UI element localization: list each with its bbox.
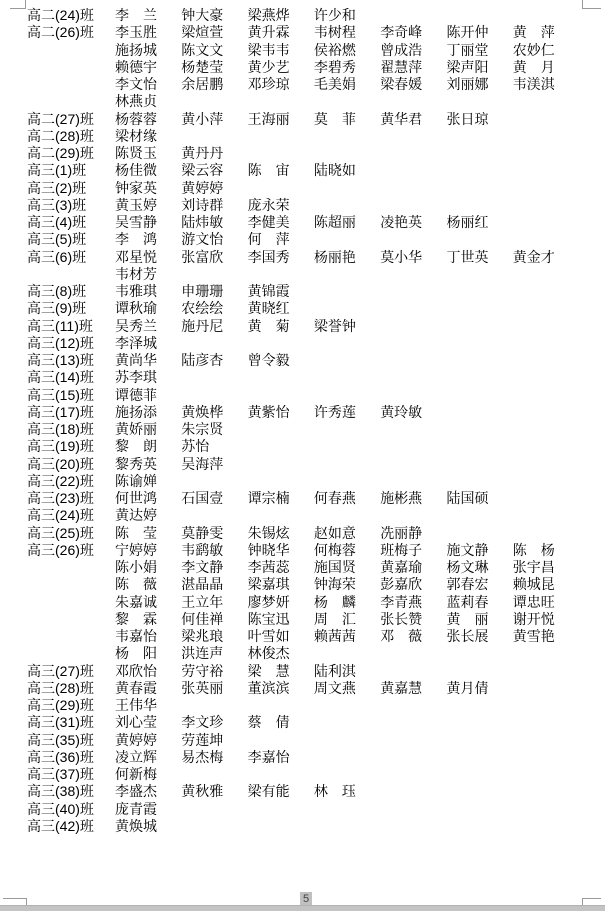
table-row: 杨 阳洪连声林俊杰 xyxy=(27,645,587,662)
student-name[interactable]: 陈宝迅 xyxy=(248,611,314,628)
student-name[interactable]: 陈开仲 xyxy=(446,24,512,41)
student-name[interactable]: 陈小娟 xyxy=(115,559,181,576)
student-name[interactable]: 侯裕燃 xyxy=(314,42,380,59)
student-name[interactable]: 韦树程 xyxy=(314,24,380,41)
student-name[interactable]: 王海丽 xyxy=(248,111,314,128)
student-name[interactable]: 黄丹丹 xyxy=(181,145,247,162)
student-name[interactable]: 梁有能 xyxy=(248,783,314,800)
student-name[interactable]: 黄华君 xyxy=(380,111,446,128)
table-row: 高三(17)班施扬添黄焕桦黄紫怡许秀莲黄玲敏 xyxy=(27,404,587,421)
student-name[interactable]: 劳守裕 xyxy=(181,663,247,680)
student-name[interactable]: 黄娇丽 xyxy=(115,421,181,438)
student-name[interactable]: 黄焕城 xyxy=(115,818,181,835)
student-name[interactable]: 湛晶晶 xyxy=(181,576,247,593)
class-label[interactable]: 高三(40)班 xyxy=(27,801,115,818)
student-name[interactable]: 韦材芳 xyxy=(115,266,181,283)
table-row: 高三(3)班黄玉婷刘诗群庞永荣 xyxy=(27,197,587,214)
student-name[interactable]: 李茜蕊 xyxy=(248,559,314,576)
table-row: 高二(26)班李玉胜梁煊萱黄升霖韦树程李奇峰陈开仲黄 萍 xyxy=(27,24,587,41)
student-name[interactable]: 冼丽静 xyxy=(380,525,446,542)
student-name[interactable]: 李玉胜 xyxy=(115,24,181,41)
student-name[interactable]: 何新梅 xyxy=(115,766,181,783)
table-row: 高三(5)班李 鸿游文怡何 萍 xyxy=(27,231,587,248)
student-name[interactable]: 庞青霞 xyxy=(115,801,181,818)
student-name[interactable]: 梁春媛 xyxy=(380,76,446,93)
student-name[interactable]: 翟慧萍 xyxy=(380,59,446,76)
student-name[interactable]: 余居鹏 xyxy=(181,76,247,93)
student-name[interactable]: 黄春霞 xyxy=(115,680,181,697)
table-row: 高二(28)班梁材缘 xyxy=(27,128,587,145)
class-label[interactable]: 高三(28)班 xyxy=(27,680,115,697)
student-name[interactable]: 刘心莹 xyxy=(115,714,181,731)
student-name[interactable]: 赵如意 xyxy=(314,525,380,542)
student-name[interactable]: 谭宗楠 xyxy=(248,490,314,507)
student-name[interactable]: 洪连声 xyxy=(181,645,247,662)
student-name[interactable]: 施国贤 xyxy=(314,559,380,576)
document-text-area[interactable]: 高二(24)班李 兰钟大豪梁燕烨许少和高二(26)班李玉胜梁煊萱黄升霖韦树程李奇… xyxy=(27,7,587,835)
class-label[interactable]: 高三(5)班 xyxy=(27,231,115,248)
class-label[interactable]: 高三(27)班 xyxy=(27,663,115,680)
student-name[interactable]: 钟大豪 xyxy=(181,7,247,24)
class-label[interactable] xyxy=(27,645,115,662)
student-name[interactable]: 黄焕桦 xyxy=(181,404,247,421)
student-name[interactable]: 黄 菊 xyxy=(248,318,314,335)
class-label[interactable]: 高三(18)班 xyxy=(27,421,115,438)
student-name[interactable]: 陈贤玉 xyxy=(115,145,181,162)
student-name[interactable]: 黎秀英 xyxy=(115,456,181,473)
class-label[interactable]: 高二(28)班 xyxy=(27,128,115,145)
student-name[interactable]: 丁丽堂 xyxy=(446,42,512,59)
class-label[interactable]: 高三(3)班 xyxy=(27,197,115,214)
table-row: 高二(29)班陈贤玉黄丹丹 xyxy=(27,145,587,162)
student-name[interactable]: 丁世英 xyxy=(446,249,512,266)
class-label[interactable]: 高二(24)班 xyxy=(27,7,115,24)
student-name[interactable]: 梁嘉琪 xyxy=(248,576,314,593)
student-name[interactable]: 赖德宇 xyxy=(115,59,181,76)
student-name[interactable]: 黄锦霞 xyxy=(248,283,314,300)
student-name[interactable]: 陆彦杏 xyxy=(181,352,247,369)
student-name[interactable]: 钟家英 xyxy=(115,180,181,197)
table-row: 高三(42)班黄焕城 xyxy=(27,818,587,835)
student-name[interactable]: 黄尚华 xyxy=(115,352,181,369)
student-name[interactable]: 周 汇 xyxy=(314,611,380,628)
class-label[interactable]: 高三(20)班 xyxy=(27,456,115,473)
student-name[interactable]: 黄少艺 xyxy=(248,59,314,76)
student-name[interactable]: 陆国硕 xyxy=(446,490,512,507)
student-name[interactable]: 梁燕烨 xyxy=(248,7,314,24)
student-name[interactable]: 何世鸿 xyxy=(115,490,181,507)
table-row: 高三(38)班李盛杰黄秋雅梁有能林 珏 xyxy=(27,783,587,800)
class-label[interactable]: 高三(11)班 xyxy=(27,318,115,335)
table-row: 高三(25)班陈 莹莫静雯朱锡炫赵如意冼丽静 xyxy=(27,525,587,542)
class-label[interactable]: 高二(29)班 xyxy=(27,145,115,162)
class-label[interactable]: 高二(27)班 xyxy=(27,111,115,128)
student-name[interactable]: 陈谕婵 xyxy=(115,473,181,490)
class-label[interactable]: 高三(25)班 xyxy=(27,525,115,542)
student-name[interactable]: 黄晓红 xyxy=(248,300,314,317)
class-label[interactable]: 高三(13)班 xyxy=(27,352,115,369)
student-name[interactable]: 施彬燕 xyxy=(380,490,446,507)
student-name[interactable]: 张宇昌 xyxy=(513,559,579,576)
student-name[interactable]: 蓝莉春 xyxy=(446,594,512,611)
table-row: 韦嘉怡梁兆琅叶雪如赖茜茜邓 薇张长展黄雪艳 xyxy=(27,628,587,645)
student-name[interactable]: 易杰梅 xyxy=(181,749,247,766)
student-name[interactable]: 陈 宙 xyxy=(248,162,314,179)
student-name[interactable]: 黄月倩 xyxy=(446,680,512,697)
student-name[interactable]: 李健美 xyxy=(248,214,314,231)
table-row: 高三(1)班杨佳微梁云容陈 宙陆晓如 xyxy=(27,162,587,179)
student-name[interactable]: 施扬添 xyxy=(115,404,181,421)
student-name[interactable]: 梁煊萱 xyxy=(181,24,247,41)
student-name[interactable]: 谭德菲 xyxy=(115,387,181,404)
class-label[interactable]: 高二(26)班 xyxy=(27,24,115,41)
student-name[interactable]: 苏李琪 xyxy=(115,369,181,386)
student-name[interactable]: 施扬城 xyxy=(115,42,181,59)
class-label[interactable] xyxy=(27,59,115,76)
student-name[interactable]: 梁兆琅 xyxy=(181,628,247,645)
student-name[interactable]: 邓珍琼 xyxy=(248,76,314,93)
table-row: 高三(28)班黄春霞张英丽董滨滨周文燕黄嘉慧黄月倩 xyxy=(27,680,587,697)
student-name[interactable]: 王立年 xyxy=(181,594,247,611)
student-name[interactable]: 黄玉婷 xyxy=(115,197,181,214)
text-boundary-mark-top-left xyxy=(10,0,26,9)
class-label[interactable] xyxy=(27,559,115,576)
table-row: 高三(20)班黎秀英吴海萍 xyxy=(27,456,587,473)
student-name[interactable]: 杨丽艳 xyxy=(314,249,380,266)
student-name[interactable]: 韦渼淇 xyxy=(513,76,579,93)
student-name[interactable]: 黄小萍 xyxy=(181,111,247,128)
table-row: 高三(37)班何新梅 xyxy=(27,766,587,783)
student-name[interactable]: 许秀莲 xyxy=(314,404,380,421)
class-label[interactable]: 高三(42)班 xyxy=(27,818,115,835)
table-row: 高三(24)班黄达婷 xyxy=(27,507,587,524)
student-name[interactable]: 黄秋雅 xyxy=(181,783,247,800)
student-name[interactable]: 林俊杰 xyxy=(248,645,314,662)
student-name[interactable]: 韦雅琪 xyxy=(115,283,181,300)
class-label[interactable]: 高三(12)班 xyxy=(27,335,115,352)
table-row: 李文怡余居鹏邓珍琼毛美娟梁春媛刘丽娜韦渼淇 xyxy=(27,76,587,93)
student-name[interactable]: 邓欣怡 xyxy=(115,663,181,680)
class-label[interactable]: 高三(4)班 xyxy=(27,214,115,231)
student-name[interactable]: 叶雪如 xyxy=(248,628,314,645)
class-label[interactable] xyxy=(27,594,115,611)
table-row: 高三(40)班庞青霞 xyxy=(27,801,587,818)
student-name[interactable]: 吴雪静 xyxy=(115,214,181,231)
class-label[interactable] xyxy=(27,76,115,93)
table-row: 高三(19)班黎 朗苏怡 xyxy=(27,438,587,455)
document-page: 高二(24)班李 兰钟大豪梁燕烨许少和高二(26)班李玉胜梁煊萱黄升霖韦树程李奇… xyxy=(0,0,605,911)
class-label[interactable]: 高三(8)班 xyxy=(27,283,115,300)
class-label[interactable]: 高三(26)班 xyxy=(27,542,115,559)
class-label[interactable] xyxy=(27,266,115,283)
student-name[interactable]: 韦嘉怡 xyxy=(115,628,181,645)
student-name[interactable]: 陈文文 xyxy=(181,42,247,59)
student-name[interactable]: 陈 薇 xyxy=(115,576,181,593)
student-name[interactable]: 施文静 xyxy=(446,542,512,559)
student-name[interactable]: 陆晓如 xyxy=(314,162,380,179)
student-name[interactable]: 苏怡 xyxy=(181,438,247,455)
student-name[interactable]: 杨 阳 xyxy=(115,645,181,662)
student-name[interactable]: 施丹尼 xyxy=(181,318,247,335)
student-name[interactable]: 张富欣 xyxy=(181,249,247,266)
table-row: 高三(4)班吴雪静陆炜敏李健美陈超丽凌艳英杨丽红 xyxy=(27,214,587,231)
student-name[interactable]: 廖梦妍 xyxy=(248,594,314,611)
student-name[interactable]: 郭春宏 xyxy=(446,576,512,593)
table-row: 高三(36)班凌立辉易杰梅李嘉怡 xyxy=(27,749,587,766)
table-row: 高三(31)班刘心莹李文珍蔡 倩 xyxy=(27,714,587,731)
student-name[interactable]: 张长赞 xyxy=(380,611,446,628)
student-name[interactable]: 张日琼 xyxy=(446,111,512,128)
student-name[interactable]: 谭忠旺 xyxy=(513,594,579,611)
student-name[interactable]: 黄雪艳 xyxy=(513,628,579,645)
student-name[interactable]: 杨丽红 xyxy=(446,214,512,231)
student-name[interactable]: 杨楚莹 xyxy=(181,59,247,76)
student-name[interactable]: 黄达婷 xyxy=(115,507,181,524)
student-name[interactable]: 何 萍 xyxy=(248,231,314,248)
student-name[interactable]: 黎 朗 xyxy=(115,438,181,455)
student-name[interactable]: 李 鸿 xyxy=(115,231,181,248)
student-name[interactable]: 黄婷婷 xyxy=(181,180,247,197)
student-name[interactable]: 毛美娟 xyxy=(314,76,380,93)
student-name[interactable]: 陈超丽 xyxy=(314,214,380,231)
student-name[interactable]: 李文珍 xyxy=(181,714,247,731)
student-name[interactable]: 刘丽娜 xyxy=(446,76,512,93)
student-name[interactable]: 彭嘉欣 xyxy=(380,576,446,593)
student-name[interactable]: 莫静雯 xyxy=(181,525,247,542)
table-row: 高三(27)班邓欣怡劳守裕梁 慧陆利淇 xyxy=(27,663,587,680)
student-name[interactable]: 李 兰 xyxy=(115,7,181,24)
student-name[interactable]: 黄金才 xyxy=(513,249,579,266)
student-name[interactable]: 莫小华 xyxy=(380,249,446,266)
table-row: 高三(29)班王伟华 xyxy=(27,697,587,714)
class-label[interactable]: 高三(9)班 xyxy=(27,300,115,317)
student-name[interactable]: 李文静 xyxy=(181,559,247,576)
student-name[interactable]: 黄嘉慧 xyxy=(380,680,446,697)
student-name[interactable]: 杨佳微 xyxy=(115,162,181,179)
class-label[interactable]: 高三(24)班 xyxy=(27,507,115,524)
student-name[interactable]: 凌艳英 xyxy=(380,214,446,231)
student-name[interactable]: 宁婷婷 xyxy=(115,542,181,559)
table-row: 高二(24)班李 兰钟大豪梁燕烨许少和 xyxy=(27,7,587,24)
student-name[interactable]: 农绘绘 xyxy=(181,300,247,317)
student-name[interactable]: 林 珏 xyxy=(314,783,380,800)
student-name[interactable]: 陈 杨 xyxy=(513,542,579,559)
student-name[interactable]: 赖城昆 xyxy=(513,576,579,593)
student-name[interactable]: 庞永荣 xyxy=(248,197,314,214)
student-name[interactable]: 蔡 倩 xyxy=(248,714,314,731)
table-row: 陈小娟李文静李茜蕊施国贤黄嘉瑜杨文琳张宇昌 xyxy=(27,559,587,576)
student-name[interactable]: 陆炜敏 xyxy=(181,214,247,231)
table-row: 高三(23)班何世鸿石国壹谭宗楠何春燕施彬燕陆国硕 xyxy=(27,490,587,507)
table-row: 林燕贞 xyxy=(27,93,587,110)
table-row: 高三(11)班吴秀兰施丹尼黄 菊梁誉钟 xyxy=(27,318,587,335)
student-name[interactable]: 黄升霖 xyxy=(248,24,314,41)
student-name[interactable]: 钟晓华 xyxy=(248,542,314,559)
table-row: 高三(8)班韦雅琪申珊珊黄锦霞 xyxy=(27,283,587,300)
table-row: 黎 霖何佳禅陈宝迅周 汇张长赞黄 丽谢开悦 xyxy=(27,611,587,628)
table-row: 高三(14)班苏李琪 xyxy=(27,369,587,386)
student-name[interactable]: 何梅蓉 xyxy=(314,542,380,559)
student-name[interactable]: 李盛杰 xyxy=(115,783,181,800)
class-label[interactable]: 高三(6)班 xyxy=(27,249,115,266)
class-label[interactable]: 高三(17)班 xyxy=(27,404,115,421)
class-label[interactable]: 高三(14)班 xyxy=(27,369,115,386)
student-name[interactable]: 杨文琳 xyxy=(446,559,512,576)
student-name[interactable]: 杨 麟 xyxy=(314,594,380,611)
student-name[interactable]: 农妙仁 xyxy=(513,42,579,59)
student-name[interactable]: 黄婷婷 xyxy=(115,732,181,749)
student-name[interactable]: 何佳禅 xyxy=(181,611,247,628)
student-name[interactable]: 梁声阳 xyxy=(446,59,512,76)
class-label[interactable]: 高三(31)班 xyxy=(27,714,115,731)
student-name[interactable]: 张长展 xyxy=(446,628,512,645)
student-name[interactable]: 黄 丽 xyxy=(446,611,512,628)
page-number: 5 xyxy=(303,893,309,905)
student-name[interactable]: 董滨滨 xyxy=(248,680,314,697)
table-row: 高二(27)班杨蓉蓉黄小萍王海丽莫 菲黄华君张日琼 xyxy=(27,111,587,128)
student-name[interactable]: 黄玲敏 xyxy=(380,404,446,421)
table-row: 施扬城陈文文梁韦韦侯裕燃曾成浩丁丽堂农妙仁 xyxy=(27,42,587,59)
student-name[interactable]: 邓星悦 xyxy=(115,249,181,266)
student-name[interactable]: 杨蓉蓉 xyxy=(115,111,181,128)
student-name[interactable]: 张英丽 xyxy=(181,680,247,697)
student-name[interactable]: 赖茜茜 xyxy=(314,628,380,645)
student-name[interactable]: 莫 菲 xyxy=(314,111,380,128)
table-row: 高三(35)班黄婷婷劳莲坤 xyxy=(27,732,587,749)
student-name[interactable]: 黄 月 xyxy=(513,59,579,76)
student-name[interactable]: 朱锡炫 xyxy=(248,525,314,542)
class-label[interactable] xyxy=(27,42,115,59)
student-name[interactable]: 李国秀 xyxy=(248,249,314,266)
student-name[interactable]: 李青燕 xyxy=(380,594,446,611)
class-label[interactable]: 高三(2)班 xyxy=(27,180,115,197)
student-name[interactable]: 李泽城 xyxy=(115,335,181,352)
student-name[interactable]: 班梅子 xyxy=(380,542,446,559)
student-name[interactable]: 梁 慧 xyxy=(248,663,314,680)
student-name[interactable]: 梁材缘 xyxy=(115,128,181,145)
table-row: 高三(26)班宁婷婷韦鹞敏钟晓华何梅蓉班梅子施文静陈 杨 xyxy=(27,542,587,559)
table-row: 高三(6)班邓星悦张富欣李国秀杨丽艳莫小华丁世英黄金才 xyxy=(27,249,587,266)
class-label[interactable]: 高三(15)班 xyxy=(27,387,115,404)
table-row: 高三(15)班谭德菲 xyxy=(27,387,587,404)
class-label[interactable] xyxy=(27,628,115,645)
student-name[interactable]: 李碧秀 xyxy=(314,59,380,76)
student-name[interactable]: 王伟华 xyxy=(115,697,181,714)
student-name[interactable]: 吴海萍 xyxy=(181,456,247,473)
student-name[interactable]: 黄 萍 xyxy=(513,24,579,41)
table-row: 朱嘉诚王立年廖梦妍杨 麟李青燕蓝莉春谭忠旺 xyxy=(27,594,587,611)
student-name[interactable]: 刘诗群 xyxy=(181,197,247,214)
student-name[interactable]: 黄嘉瑜 xyxy=(380,559,446,576)
student-name[interactable]: 李嘉怡 xyxy=(248,749,314,766)
class-label[interactable]: 高三(23)班 xyxy=(27,490,115,507)
student-name[interactable]: 朱嘉诚 xyxy=(115,594,181,611)
class-label[interactable]: 高三(36)班 xyxy=(27,749,115,766)
class-label[interactable]: 高三(35)班 xyxy=(27,732,115,749)
student-name[interactable]: 梁韦韦 xyxy=(248,42,314,59)
student-name[interactable]: 梁云容 xyxy=(181,162,247,179)
student-name[interactable]: 吴秀兰 xyxy=(115,318,181,335)
student-name[interactable]: 石国壹 xyxy=(181,490,247,507)
table-row: 高三(22)班陈谕婵 xyxy=(27,473,587,490)
class-label[interactable]: 高三(29)班 xyxy=(27,697,115,714)
table-row: 陈 薇湛晶晶梁嘉琪钟海荣彭嘉欣郭春宏赖城昆 xyxy=(27,576,587,593)
student-name[interactable]: 申珊珊 xyxy=(181,283,247,300)
student-name[interactable]: 邓 薇 xyxy=(380,628,446,645)
student-name[interactable]: 林燕贞 xyxy=(115,93,181,110)
student-name[interactable]: 朱宗贤 xyxy=(181,421,247,438)
student-name[interactable]: 谢开悦 xyxy=(513,611,579,628)
student-name[interactable]: 谭秋瑜 xyxy=(115,300,181,317)
class-label[interactable] xyxy=(27,576,115,593)
student-name[interactable]: 劳莲坤 xyxy=(181,732,247,749)
student-name[interactable]: 黄紫怡 xyxy=(248,404,314,421)
student-name[interactable]: 钟海荣 xyxy=(314,576,380,593)
class-label[interactable] xyxy=(27,611,115,628)
class-label[interactable]: 高三(1)班 xyxy=(27,162,115,179)
table-row: 赖德宇杨楚莹黄少艺李碧秀翟慧萍梁声阳黄 月 xyxy=(27,59,587,76)
table-row: 高三(18)班黄娇丽朱宗贤 xyxy=(27,421,587,438)
student-name[interactable]: 李奇峰 xyxy=(380,24,446,41)
page-number-field[interactable]: 5 xyxy=(300,892,312,906)
student-name[interactable]: 黎 霖 xyxy=(115,611,181,628)
student-name[interactable]: 凌立辉 xyxy=(115,749,181,766)
student-name[interactable]: 许少和 xyxy=(314,7,380,24)
word-document-window: { "document": { "type": "class-student-r… xyxy=(0,0,605,911)
student-name[interactable]: 周文燕 xyxy=(314,680,380,697)
class-label[interactable]: 高三(22)班 xyxy=(27,473,115,490)
student-name[interactable]: 李文怡 xyxy=(115,76,181,93)
student-name[interactable]: 曾令毅 xyxy=(248,352,314,369)
student-name[interactable]: 韦鹞敏 xyxy=(181,542,247,559)
class-label[interactable] xyxy=(27,93,115,110)
table-row: 高三(12)班李泽城 xyxy=(27,335,587,352)
student-name[interactable]: 游文怡 xyxy=(181,231,247,248)
table-row: 高三(9)班谭秋瑜农绘绘黄晓红 xyxy=(27,300,587,317)
class-label[interactable]: 高三(37)班 xyxy=(27,766,115,783)
table-row: 韦材芳 xyxy=(27,266,587,283)
student-name[interactable]: 陆利淇 xyxy=(314,663,380,680)
class-label[interactable]: 高三(19)班 xyxy=(27,438,115,455)
student-name[interactable]: 曾成浩 xyxy=(380,42,446,59)
student-name[interactable]: 梁誉钟 xyxy=(314,318,380,335)
student-name[interactable]: 何春燕 xyxy=(314,490,380,507)
page-gap xyxy=(0,905,605,911)
table-row: 高三(13)班黄尚华陆彦杏曾令毅 xyxy=(27,352,587,369)
student-name[interactable]: 陈 莹 xyxy=(115,525,181,542)
table-row: 高三(2)班钟家英黄婷婷 xyxy=(27,180,587,197)
class-label[interactable]: 高三(38)班 xyxy=(27,783,115,800)
